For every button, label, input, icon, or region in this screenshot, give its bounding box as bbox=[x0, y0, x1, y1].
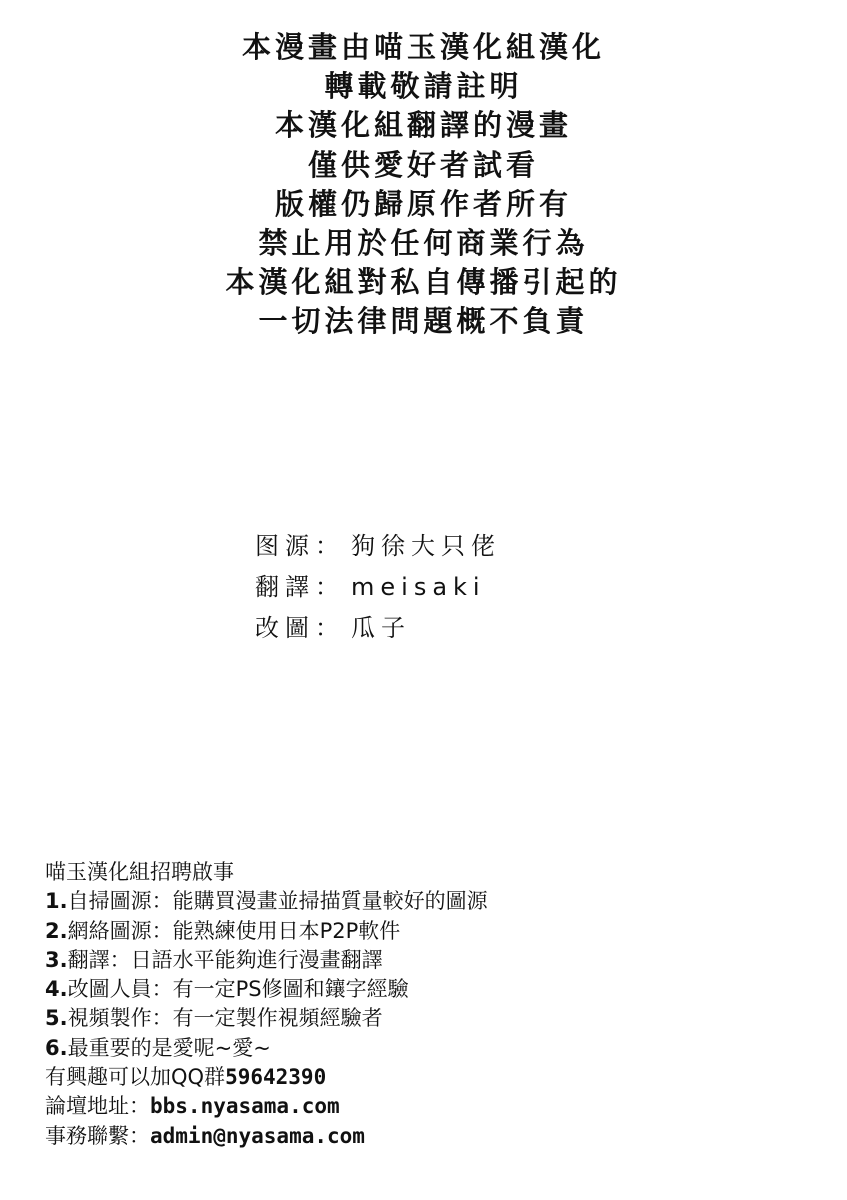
disclaimer-line: 本漫畫由喵玉漢化組漢化 bbox=[0, 28, 847, 67]
disclaimer-line: 版權仍歸原作者所有 bbox=[0, 185, 847, 224]
credit-separator: ： bbox=[315, 608, 351, 649]
forum-url: bbs.nyasama.com bbox=[150, 1094, 340, 1118]
disclaimer-block: 本漫畫由喵玉漢化組漢化 轉載敬請註明 本漢化組翻譯的漫畫 僅供愛好者試看 版權仍… bbox=[0, 28, 847, 342]
credit-name: 瓜子 bbox=[351, 614, 411, 642]
disclaimer-line: 轉載敬請註明 bbox=[0, 67, 847, 106]
disclaimer-line: 本漢化組翻譯的漫畫 bbox=[0, 106, 847, 145]
contact-email: admin@nyasama.com bbox=[150, 1124, 365, 1148]
recruitment-item: 1.自掃圖源：能購買漫畫並掃描質量較好的圖源 bbox=[45, 887, 488, 916]
credits-block: 图源：狗徐大只佬 翻譯：meisaki 改圖：瓜子 bbox=[255, 526, 501, 649]
recruitment-item: 2.網絡圖源：能熟練使用日本P2P軟件 bbox=[45, 917, 488, 946]
credit-role: 翻譯 bbox=[255, 567, 315, 608]
credit-name: meisaki bbox=[351, 573, 486, 601]
forum-line: 論壇地址：bbs.nyasama.com bbox=[45, 1092, 488, 1121]
credit-editing: 改圖：瓜子 bbox=[255, 608, 501, 649]
credit-name: 狗徐大只佬 bbox=[351, 532, 501, 560]
disclaimer-line: 一切法律問題概不負責 bbox=[0, 302, 847, 341]
qq-group-number: 59642390 bbox=[225, 1065, 326, 1089]
credit-source: 图源：狗徐大只佬 bbox=[255, 526, 501, 567]
recruitment-item: 3.翻譯：日語水平能夠進行漫畫翻譯 bbox=[45, 946, 488, 975]
credit-separator: ： bbox=[315, 526, 351, 567]
disclaimer-line: 本漢化組對私自傳播引起的 bbox=[0, 263, 847, 302]
credit-role: 改圖 bbox=[255, 608, 315, 649]
contact-line: 事務聯繫：admin@nyasama.com bbox=[45, 1122, 488, 1151]
disclaimer-line: 禁止用於任何商業行為 bbox=[0, 224, 847, 263]
recruitment-item: 5.視頻製作：有一定製作視頻經驗者 bbox=[45, 1004, 488, 1033]
recruitment-item: 6.最重要的是愛呢~愛~ bbox=[45, 1034, 488, 1063]
recruitment-item: 4.改圖人員：有一定PS修圖和鑲字經驗 bbox=[45, 975, 488, 1004]
recruitment-title: 喵玉漢化組招聘啟事 bbox=[45, 858, 488, 887]
qq-group-line: 有興趣可以加QQ群59642390 bbox=[45, 1063, 488, 1092]
credit-role: 图源 bbox=[255, 526, 315, 567]
recruitment-block: 喵玉漢化組招聘啟事 1.自掃圖源：能購買漫畫並掃描質量較好的圖源 2.網絡圖源：… bbox=[45, 858, 488, 1151]
disclaimer-line: 僅供愛好者試看 bbox=[0, 146, 847, 185]
credit-separator: ： bbox=[315, 567, 351, 608]
credit-translation: 翻譯：meisaki bbox=[255, 567, 501, 608]
